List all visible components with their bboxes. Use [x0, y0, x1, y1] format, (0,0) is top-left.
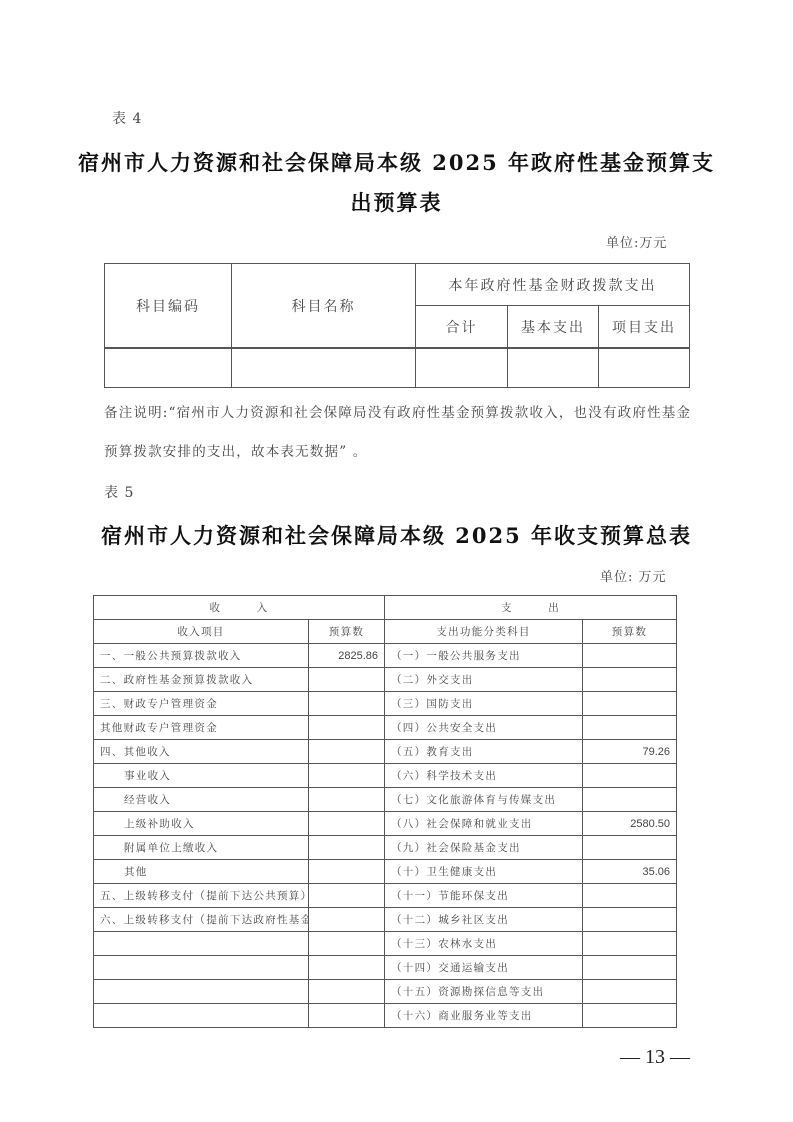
header-group: 本年政府性基金财政拨款支出 [416, 264, 690, 306]
table-row: （十四）交通运输支出 [94, 956, 677, 980]
expense-item: （四）公共安全支出 [385, 716, 583, 740]
income-item: 其他 [94, 860, 309, 884]
table-row: 四、其他收入 （五）教育支出 79.26 [94, 740, 677, 764]
expense-budget [583, 932, 677, 956]
income-budget [309, 692, 385, 716]
income-budget [309, 908, 385, 932]
table4-title-line1: 宿州市人力资源和社会保障局本级 2025 年政府性基金预算支 [0, 147, 793, 177]
cell-code [105, 348, 232, 388]
header-income-budget: 预算数 [309, 620, 385, 644]
expense-budget: 35.06 [583, 860, 677, 884]
expense-item: （三）国防支出 [385, 692, 583, 716]
income-item: 一、一般公共预算拨款收入 [94, 644, 309, 668]
table-row: （十三）农林水支出 [94, 932, 677, 956]
income-item [94, 980, 309, 1004]
expense-item: （五）教育支出 [385, 740, 583, 764]
table5: 收 入 支 出 收入项目 预算数 支出功能分类科目 预算数 一、一般公共预算拨款… [93, 595, 677, 1028]
header-name: 科目名称 [232, 264, 416, 349]
table-row: 三、财政专户管理资金 （三）国防支出 [94, 692, 677, 716]
expense-item: （二）外交支出 [385, 668, 583, 692]
income-item: 四、其他收入 [94, 740, 309, 764]
expense-item: （十五）资源勘探信息等支出 [385, 980, 583, 1004]
expense-budget [583, 956, 677, 980]
expense-budget [583, 836, 677, 860]
expense-item: （八）社会保障和就业支出 [385, 812, 583, 836]
table-row: 经营收入 （七）文化旅游体育与传媒支出 [94, 788, 677, 812]
header-total: 合计 [416, 306, 508, 349]
table-row: 一、一般公共预算拨款收入 2825.86 （一）一般公共服务支出 [94, 644, 677, 668]
cell-name [232, 348, 416, 388]
expense-budget [583, 1004, 677, 1028]
income-budget [309, 716, 385, 740]
table-row: （十五）资源勘探信息等支出 [94, 980, 677, 1004]
income-budget [309, 740, 385, 764]
table-row: 事业收入 （六）科学技术支出 [94, 764, 677, 788]
expense-budget [583, 692, 677, 716]
income-item: 其他财政专户管理资金 [94, 716, 309, 740]
expense-item: （十）卫生健康支出 [385, 860, 583, 884]
expense-budget [583, 908, 677, 932]
table4-note-line2: 预算拨款安排的支出，故本表无数据” 。 [104, 440, 368, 460]
table-row: （十六）商业服务业等支出 [94, 1004, 677, 1028]
income-item [94, 932, 309, 956]
income-budget [309, 764, 385, 788]
income-budget [309, 860, 385, 884]
table4-title-line2: 出预算表 [0, 187, 793, 217]
table5-unit: 单位: 万元 [600, 566, 667, 585]
table-row: 附属单位上缴收入 （九）社会保险基金支出 [94, 836, 677, 860]
table5-title: 宿州市人力资源和社会保障局本级 2025 年收支预算总表 [0, 520, 793, 550]
expense-budget [583, 716, 677, 740]
cell-total [416, 348, 508, 388]
income-budget [309, 884, 385, 908]
expense-budget [583, 884, 677, 908]
table4: 科目编码 科目名称 本年政府性基金财政拨款支出 合计 基本支出 项目支出 [104, 263, 690, 388]
table-row: 其他 （十）卫生健康支出 35.06 [94, 860, 677, 884]
table-row: 五、上级转移支付（提前下达公共预算） （十一）节能环保支出 [94, 884, 677, 908]
cell-basic [508, 348, 599, 388]
cell-project [599, 348, 690, 388]
expense-item: （一）一般公共服务支出 [385, 644, 583, 668]
expense-item: （七）文化旅游体育与传媒支出 [385, 788, 583, 812]
table-row: 其他财政专户管理资金 （四）公共安全支出 [94, 716, 677, 740]
income-budget [309, 668, 385, 692]
income-budget: 2825.86 [309, 644, 385, 668]
header-project: 项目支出 [599, 306, 690, 349]
expense-budget [583, 788, 677, 812]
expense-item: （九）社会保险基金支出 [385, 836, 583, 860]
expense-budget: 2580.50 [583, 812, 677, 836]
income-item: 事业收入 [94, 764, 309, 788]
header-income-item: 收入项目 [94, 620, 309, 644]
expense-budget [583, 764, 677, 788]
income-budget [309, 956, 385, 980]
table-row [105, 348, 690, 388]
table4-note-line1: 备注说明:“宿州市人力资源和社会保障局没有政府性基金预算拨款收入，也没有政府性基… [104, 401, 691, 421]
expense-item: （十二）城乡社区支出 [385, 908, 583, 932]
table-row: 上级补助收入 （八）社会保障和就业支出 2580.50 [94, 812, 677, 836]
table5-label: 表 5 [104, 482, 134, 502]
expense-item: （六）科学技术支出 [385, 764, 583, 788]
income-budget [309, 932, 385, 956]
header-expense-item: 支出功能分类科目 [385, 620, 583, 644]
expense-item: （十三）农林水支出 [385, 932, 583, 956]
income-item: 附属单位上缴收入 [94, 836, 309, 860]
income-item [94, 956, 309, 980]
table4-label: 表 4 [112, 108, 142, 128]
income-item: 六、上级转移支付（提前下达政府性基金） [94, 908, 309, 932]
expense-budget: 79.26 [583, 740, 677, 764]
income-budget [309, 812, 385, 836]
header-expense-budget: 预算数 [583, 620, 677, 644]
expense-item: （十四）交通运输支出 [385, 956, 583, 980]
income-budget [309, 1004, 385, 1028]
header-expense: 支 出 [385, 596, 677, 620]
income-item: 经营收入 [94, 788, 309, 812]
income-budget [309, 788, 385, 812]
table-row: 二、政府性基金预算拨款收入 （二）外交支出 [94, 668, 677, 692]
income-budget [309, 980, 385, 1004]
income-item [94, 1004, 309, 1028]
income-item: 二、政府性基金预算拨款收入 [94, 668, 309, 692]
income-item: 五、上级转移支付（提前下达公共预算） [94, 884, 309, 908]
page-number: — 13 — [620, 1046, 690, 1069]
income-item: 上级补助收入 [94, 812, 309, 836]
header-income: 收 入 [94, 596, 385, 620]
income-item: 三、财政专户管理资金 [94, 692, 309, 716]
expense-budget [583, 644, 677, 668]
expense-budget [583, 668, 677, 692]
header-code: 科目编码 [105, 264, 232, 349]
expense-item: （十一）节能环保支出 [385, 884, 583, 908]
table-row: 六、上级转移支付（提前下达政府性基金） （十二）城乡社区支出 [94, 908, 677, 932]
header-basic: 基本支出 [508, 306, 599, 349]
expense-budget [583, 980, 677, 1004]
income-budget [309, 836, 385, 860]
expense-item: （十六）商业服务业等支出 [385, 1004, 583, 1028]
table4-unit: 单位:万元 [606, 232, 667, 251]
